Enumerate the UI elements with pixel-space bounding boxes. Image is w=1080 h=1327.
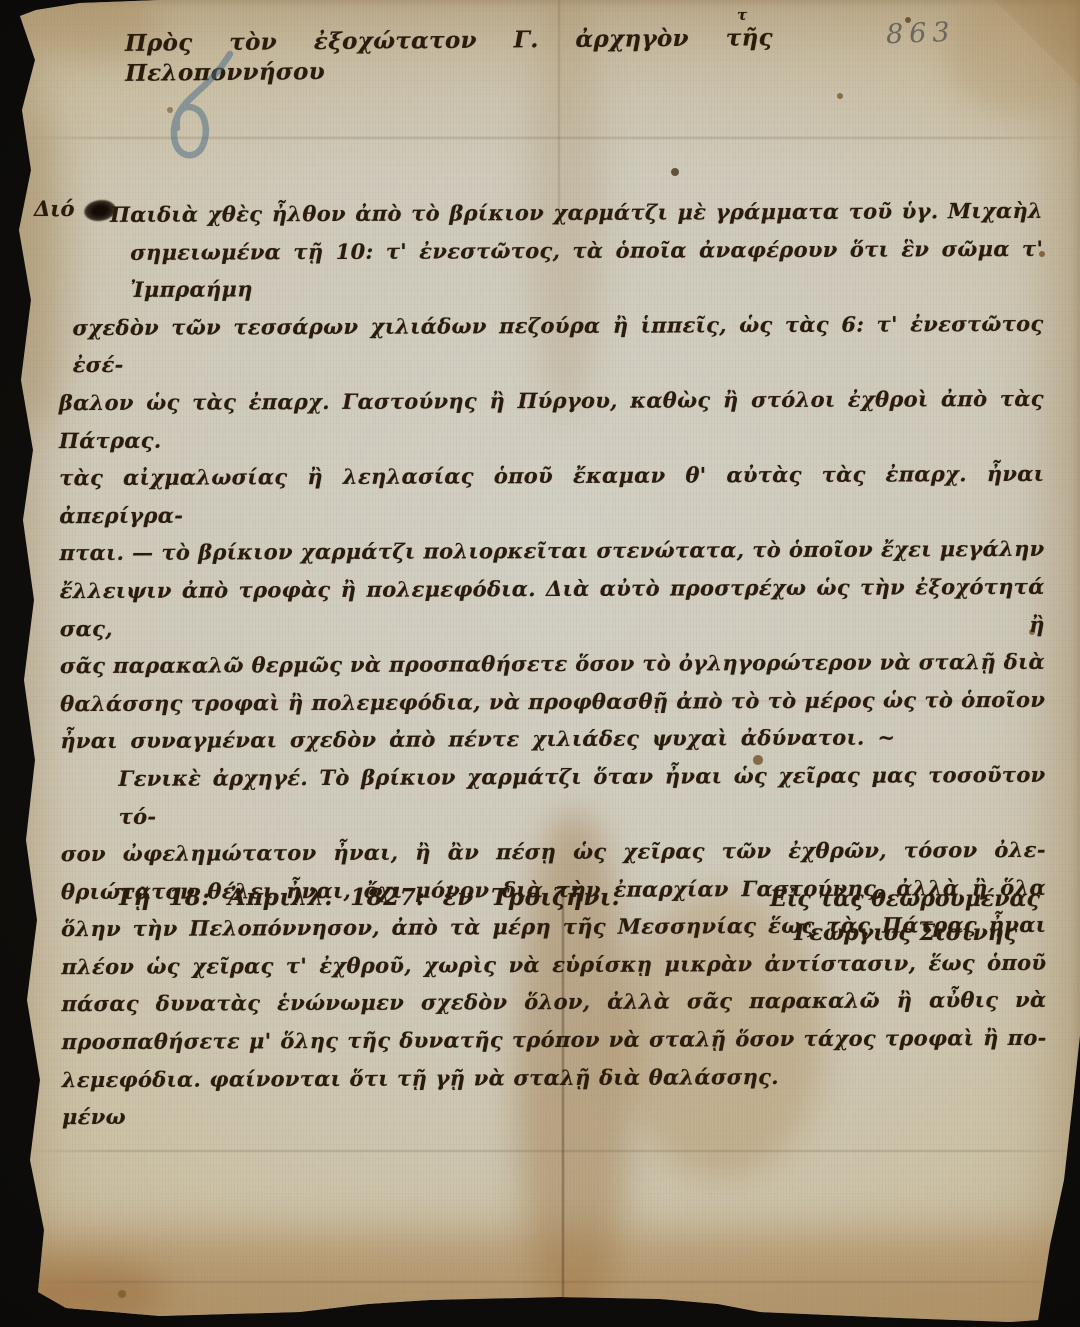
blue-pencil-mark (150, 46, 250, 170)
manuscript-page: Πρὸς τὸν ἐξοχώτατον Γ. ἀρχηγὸν τῆς Πελοπ… (0, 0, 1080, 1327)
stain (0, 1232, 1080, 1327)
archive-number: 863 (885, 17, 956, 50)
manuscript-line: Παιδιὰ χθὲς ἦλθον ἀπὸ τὸ βρίκιον χαρμάτζ… (58, 192, 1043, 234)
ink-specks (0, 0, 4, 4)
letter-body: Παιδιὰ χθὲς ἦλθον ἀπὸ τὸ βρίκιον χαρμάτζ… (58, 192, 1047, 1136)
manuscript-line: σᾶς παρακαλῶ θερμῶς νὰ προσπαθήσετε ὅσον… (60, 643, 1045, 685)
crease-line (26, 1281, 1076, 1283)
manuscript-line: σχεδὸν τῶν τεσσάρων χιλιάδων πεζούρα ἢ ἱ… (58, 305, 1043, 384)
manuscript-line: πλέον ὡς χεῖρας τ' ἐχθροῦ, χωρὶς νὰ εὑρί… (61, 944, 1046, 986)
manuscript-line: σον ὠφελημώτατον ἦναι, ἢ ἂν πέσῃ ὡς χεῖρ… (61, 831, 1046, 873)
stain (16, 1262, 166, 1324)
dateline: Τῇ 18: Ἀπριλλ. 1827: ἐν Τροιζῆνι. (116, 884, 620, 911)
address-superscript-mark: τ (737, 6, 747, 24)
crease-line (26, 1150, 1076, 1152)
manuscript-line: θαλάσσης τροφαὶ ἢ πολεμεφόδια, νὰ προφθα… (60, 681, 1045, 723)
manuscript-line: λεμεφόδια. φαίνονται ὅτι τῇ γῇ νὰ σταλῇ … (62, 1057, 1047, 1136)
manuscript-line: ἔλλειψιν ἀπὸ τροφὰς ἢ πολεμεφόδια. Διὰ α… (60, 568, 1045, 647)
manuscript-line: προσπαθήσετε μ' ὅλης τῆς δυνατῆς τρόπον … (62, 1019, 1047, 1061)
manuscript-line: πται. — τὸ βρίκιον χαρμάτζι πολιορκεῖται… (59, 530, 1044, 572)
manuscript-line: πάσας δυνατὰς ἑνώνωμεν σχεδὸν ὅλον, ἀλλὰ… (61, 981, 1046, 1023)
manuscript-line: ἦναι συναγμέναι σχεδὸν ἀπὸ πέντε χιλιάδε… (60, 718, 1045, 760)
corner-fold (994, 0, 1080, 86)
closing-line: Εἰς τὰς θεωρουμένας (770, 886, 1040, 912)
scanned-letter: Πρὸς τὸν ἐξοχώτατον Γ. ἀρχηγὸν τῆς Πελοπ… (0, 0, 1080, 1327)
signature: Γεώργιος Σισίνης (794, 920, 1017, 946)
manuscript-line: τὰς αἰχμαλωσίας ἢ λεηλασίας ὁποῦ ἔκαμαν … (59, 455, 1044, 534)
manuscript-line: σημειωμένα τῇ 10: τ' ἐνεστῶτος, τὰ ὁποῖα… (58, 229, 1043, 308)
manuscript-line: βαλον ὡς τὰς ἐπαρχ. Γαστούνης ἢ Πύργου, … (59, 380, 1044, 459)
manuscript-line: Γενικὲ ἀρχηγέ. Τὸ βρίκιον χαρμάτζι ὅταν … (60, 756, 1045, 835)
